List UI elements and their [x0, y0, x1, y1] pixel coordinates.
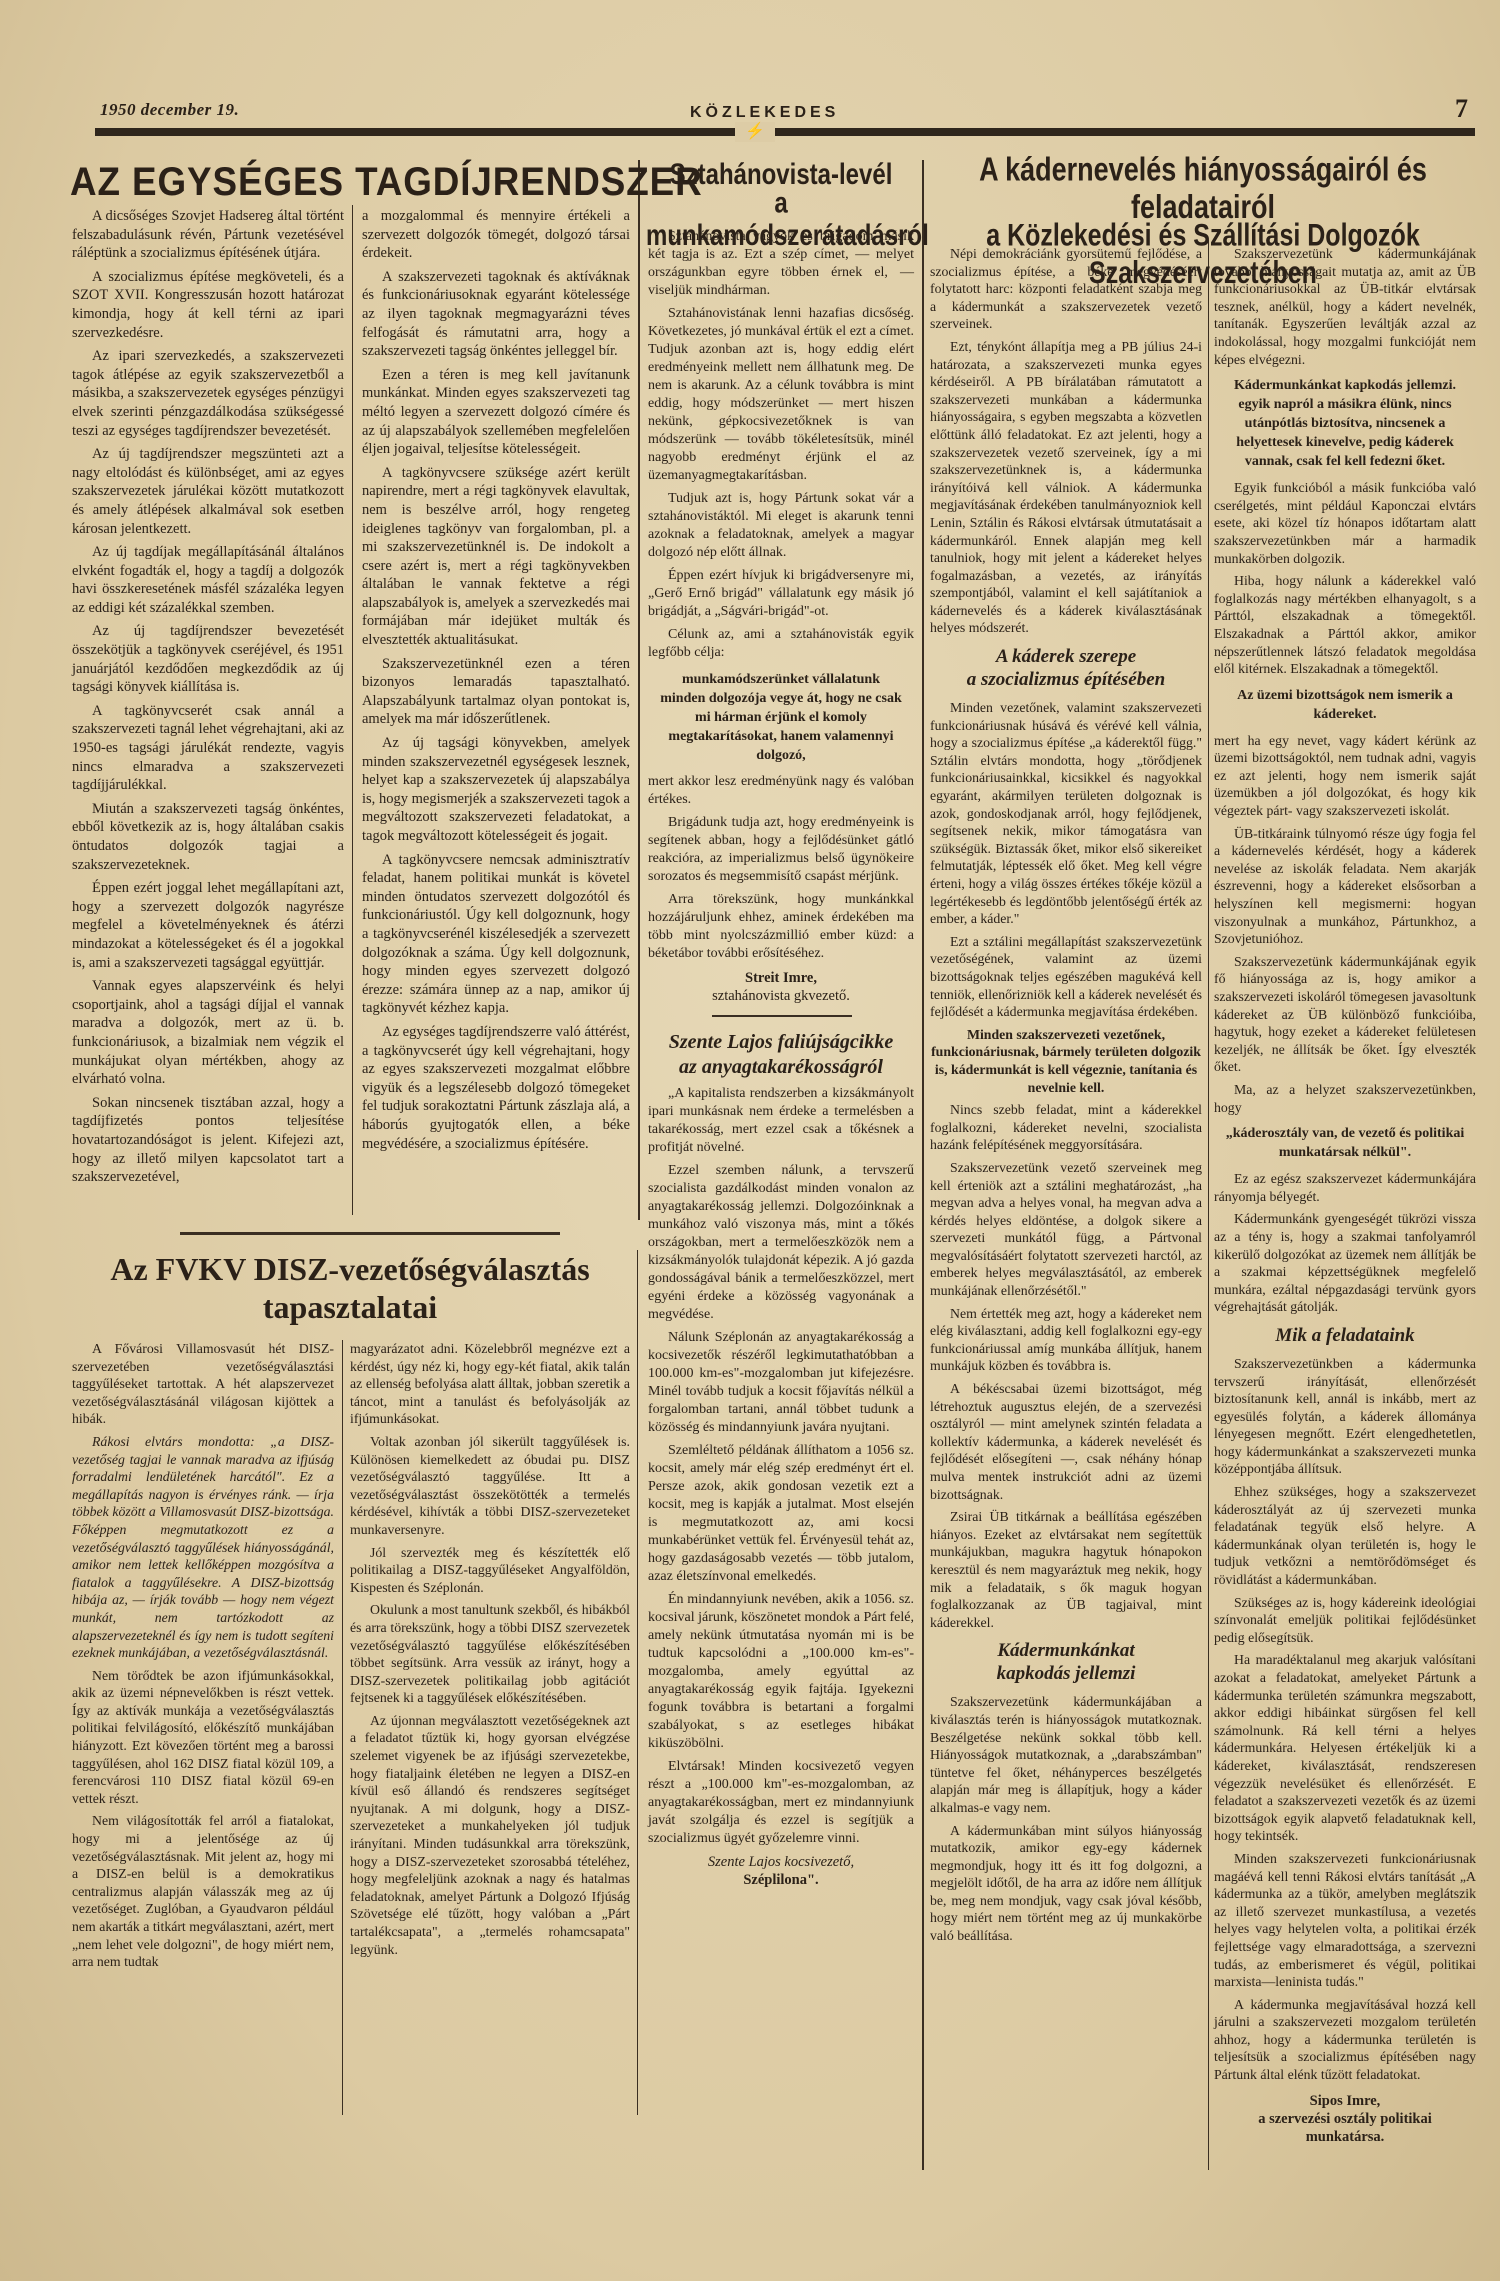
paragraph: Rákosi elvtárs mondotta: „a DISZ-vezetős… — [72, 1433, 334, 1662]
column-divider — [342, 1340, 343, 2115]
paragraph: A szakszervezeti tagoknak és aktíváknak … — [362, 268, 630, 361]
section-rule — [712, 1015, 852, 1017]
headline-tagdijrendszer: AZ EGYSÉGES TAGDÍJRENDSZER — [70, 160, 585, 205]
author-role: munkatársa. — [1214, 2128, 1476, 2146]
author-role: sztahánovista gkvezető. — [648, 987, 914, 1005]
issue-date: 1950 december 19. — [100, 100, 239, 120]
column-divider — [352, 205, 353, 1215]
headline-line: tapasztalatai — [70, 1288, 630, 1326]
paragraph: „A kapitalista rendszerben a kizsákmányo… — [648, 1085, 914, 1157]
paragraph: Ez az egész szakszervezet kádermunkájára… — [1214, 1170, 1476, 1205]
pull-quote: Kádermunkánkat kapkodás jellemzi. egyik … — [1224, 376, 1466, 471]
paragraph: Ezt, ténykónt állapítja meg a PB július … — [930, 338, 1202, 637]
author-name: Streit Imre, — [648, 969, 914, 987]
paragraph: Az új tagdíjak megállapításánál általáno… — [72, 543, 344, 617]
paragraph: Az új tagdíjrendszer bevezetését összekö… — [72, 622, 344, 696]
sztahanov-body: Sztahánovista vagyok és brigádom másik k… — [648, 228, 914, 1005]
paragraph: Tudjuk azt is, hogy Pártunk sokat vár a … — [648, 490, 914, 562]
paragraph: Ezzel szemben nálunk, a tervszerű szocia… — [648, 1162, 914, 1324]
paragraph: Szakszervezetünk vezető szerveinek meg k… — [930, 1159, 1202, 1300]
paragraph: Szemléltető példának állíthatom a 1056 s… — [648, 1442, 914, 1586]
paragraph: Szakszervezetünknél ezen a téren bizonyo… — [362, 655, 630, 729]
paragraph: Hiba, hogy nálunk a káderekkel való fogl… — [1214, 572, 1476, 678]
section-rule — [180, 1232, 560, 1235]
column-divider — [637, 1250, 638, 2115]
paragraph: Szakszervezetünk kádermunkájának egyik f… — [1214, 953, 1476, 1076]
column-divider — [922, 160, 924, 2170]
paragraph: Éppen ezért joggal lehet megállapítani a… — [72, 879, 344, 972]
paragraph: magyarázatot adni. Közelebbről megnézve … — [350, 1340, 630, 1428]
paragraph: Az ipari szervezkedés, a szakszervezeti … — [72, 347, 344, 440]
paragraph: Sokan nincsenek tisztában azzal, hogy a … — [72, 1094, 344, 1187]
paragraph: Szakszervezetünk kádermunkájában a kivál… — [930, 1693, 1202, 1816]
subheading: A káderek szerepe a szocializmus építésé… — [930, 645, 1202, 691]
paragraph: Nem világosították fel arról a fiataloka… — [72, 1812, 334, 1970]
paragraph: A dicsőséges Szovjet Hadsereg által tört… — [72, 207, 344, 263]
author-role: a szervezési osztály politikai — [1214, 2110, 1476, 2128]
signature: Sipos Imre, a szervezési osztály politik… — [1214, 2092, 1476, 2146]
author-name: Sipos Imre, — [1214, 2092, 1476, 2110]
paragraph: Ma, az a helyzet szakszervezetünkben, ho… — [1214, 1081, 1476, 1116]
paragraph: Minden vezetőnek, valamint szakszervezet… — [930, 699, 1202, 928]
paragraph: Vannak egyes alapszervéink és helyi csop… — [72, 977, 344, 1089]
paragraph: Jól szervezték meg és készítették elő po… — [350, 1544, 630, 1597]
paragraph: Zsirai ÜB titkárnak a beállítása egészéb… — [930, 1508, 1202, 1631]
paragraph: Célunk az, ami a sztahánovisták egyik le… — [648, 626, 914, 662]
signature: Streit Imre, sztahánovista gkvezető. — [648, 969, 914, 1005]
paragraph: Szakszervezetünkben a kádermunka tervsze… — [1214, 1355, 1476, 1478]
paragraph: A tagkönyvcsere nemcsak adminisztratív f… — [362, 851, 630, 1018]
disz-column-2: magyarázatot adni. Közelebbről megnézve … — [350, 1340, 630, 1963]
paragraph: A tagkönyvcsere szüksége azért került na… — [362, 464, 630, 650]
masthead-rule — [95, 128, 1475, 136]
paragraph: Nálunk Széplonán az anyagtakarékosság a … — [648, 1329, 914, 1437]
newspaper-title: KÖZLEKEDES — [690, 104, 839, 122]
paragraph: Az egységes tagdíjrendszerre való áttéré… — [362, 1023, 630, 1153]
paragraph: Sztahánovistának lenni hazafias dicsőség… — [648, 305, 914, 485]
subheading-line: Kádermunkánkat — [930, 1639, 1202, 1662]
author-place: Széplilona". — [648, 1871, 914, 1889]
kader-column-2: Szakszervezetünk kádermunkájának további… — [1214, 245, 1476, 2146]
paragraph: Éppen ezért hívjuk ki brigádversenyre mi… — [648, 567, 914, 621]
kader-column-1: Népi demokráciánk gyorsütemű fejlődése, … — [930, 245, 1202, 1950]
paragraph: Kádermunkánk gyengeségét tükrözi vissza … — [1214, 1210, 1476, 1316]
headline-line: Az FVKV DISZ-vezetőségválasztás — [70, 1250, 630, 1288]
headline-line: Szente Lajos faliújságcikke — [646, 1030, 916, 1055]
headline-line: A kádernevelés hiányosságairól és felada… — [928, 151, 1478, 226]
paragraph: A kádermunka megjavításával hozzá kell j… — [1214, 1996, 1476, 2084]
paragraph: A kádermunkában mint súlyos hiányosság m… — [930, 1822, 1202, 1945]
paragraph: ÜB-titkáraink túlnyomó része úgy fogja f… — [1214, 825, 1476, 948]
subheading-line: A káderek szerepe — [930, 645, 1202, 668]
paragraph: Elvtársak! Minden kocsivezető vegyen rés… — [648, 1758, 914, 1848]
paragraph: Brigádunk tudja azt, hogy eredményeink i… — [648, 814, 914, 886]
subheading: Kádermunkánkat kapkodás jellemzi — [930, 1639, 1202, 1685]
paragraph: Az új tagsági könyvekben, amelyek minden… — [362, 734, 630, 846]
author-name: Szente Lajos kocsivezető, — [648, 1853, 914, 1871]
paragraph: Az új tagdíjrendszer megszünteti azt a n… — [72, 445, 344, 538]
paragraph: Az újonnan megválasztott vezetőségeknek … — [350, 1712, 630, 1958]
paragraph: Voltak azonban jól sikerült taggyűlések … — [350, 1433, 630, 1539]
szente-body: „A kapitalista rendszerben a kizsákmányo… — [648, 1085, 914, 1889]
paragraph: Miután a szakszervezeti tagság önkéntes,… — [72, 800, 344, 874]
column-divider — [1208, 240, 1209, 2170]
rail-ornament-icon: ⚡ — [735, 122, 775, 142]
paragraph: A szocializmus építése megköveteli, és a… — [72, 268, 344, 342]
paragraph: Ezt a sztálini megállapítást szakszervez… — [930, 933, 1202, 1021]
szente-headline: Szente Lajos faliújságcikke az anyagtaka… — [646, 1030, 916, 1080]
paragraph: Népi demokráciánk gyorsütemű fejlődése, … — [930, 245, 1202, 333]
paragraph: a mozgalommal és mennyire értékeli a sze… — [362, 207, 630, 263]
paragraph: Minden szakszervezeti vezetőnek, funkcio… — [930, 1026, 1202, 1096]
pull-quote: munkamódszerünket vállalatunk minden dol… — [658, 670, 904, 765]
column-divider — [638, 160, 640, 1220]
paragraph: Ezen a téren is meg kell javítanunk munk… — [362, 366, 630, 459]
paragraph: mert ha egy nevet, vagy kádert kérünk az… — [1214, 732, 1476, 820]
paragraph: A Fővárosi Villamosvasút hét DISZ-szerve… — [72, 1340, 334, 1428]
paragraph: Szakszervezetünk kádermunkájának további… — [1214, 245, 1476, 368]
paragraph: mert akkor lesz eredményünk nagy és való… — [648, 773, 914, 809]
disz-column-1: A Fővárosi Villamosvasút hét DISZ-szerve… — [72, 1340, 334, 1976]
page-number: 7 — [1455, 94, 1468, 124]
paragraph: Nincs szebb feladat, mint a káderekkel f… — [930, 1101, 1202, 1154]
headline-line: az anyagtakarékosságról — [646, 1055, 916, 1080]
disz-headline: Az FVKV DISZ-vezetőségválasztás tapaszta… — [70, 1250, 630, 1326]
paragraph: A tagkönyvcserét csak annál a szakszerve… — [72, 702, 344, 795]
paragraph: Ehhez szükséges, hogy a szakszervezet ká… — [1214, 1483, 1476, 1589]
subheading-line: a szocializmus építésében — [930, 668, 1202, 691]
paragraph: A békéscsabai üzemi bizottságot, még lét… — [930, 1380, 1202, 1503]
signature: Szente Lajos kocsivezető, Széplilona". — [648, 1853, 914, 1889]
subheading: Mik a feladataink — [1214, 1324, 1476, 1347]
tagdij-column-1: A dicsőséges Szovjet Hadsereg által tört… — [72, 207, 344, 1192]
paragraph: Nem törődtek be azon ifjúmunkásokkal, ak… — [72, 1667, 334, 1808]
paragraph: Én mindannyiunk nevében, akik a 1056. sz… — [648, 1591, 914, 1753]
paragraph: Ha maradéktalanul meg akarjuk valósítani… — [1214, 1651, 1476, 1845]
paragraph: Egyik funkcióból a másik funkcióba való … — [1214, 479, 1476, 567]
pull-quote: Az üzemi bizottságok nem ismerik a káder… — [1224, 686, 1466, 724]
tagdij-column-2: a mozgalommal és mennyire értékeli a sze… — [362, 207, 630, 1158]
paragraph: Minden szakszervezeti funkcionáriusnak m… — [1214, 1850, 1476, 1991]
paragraph: Nem értették meg azt, hogy a kádereket n… — [930, 1305, 1202, 1375]
paragraph: Okulunk a most tanultunk szekből, és hib… — [350, 1601, 630, 1707]
pull-quote: „káderosztály van, de vezető és politika… — [1224, 1124, 1466, 1162]
subheading-line: kapkodás jellemzi — [930, 1662, 1202, 1685]
paragraph: Arra törekszünk, hogy munkánkkal hozzájá… — [648, 891, 914, 963]
paragraph: Szükséges az is, hogy kádereink ideológi… — [1214, 1594, 1476, 1647]
paragraph: Sztahánovista vagyok és brigádom másik k… — [648, 228, 914, 300]
